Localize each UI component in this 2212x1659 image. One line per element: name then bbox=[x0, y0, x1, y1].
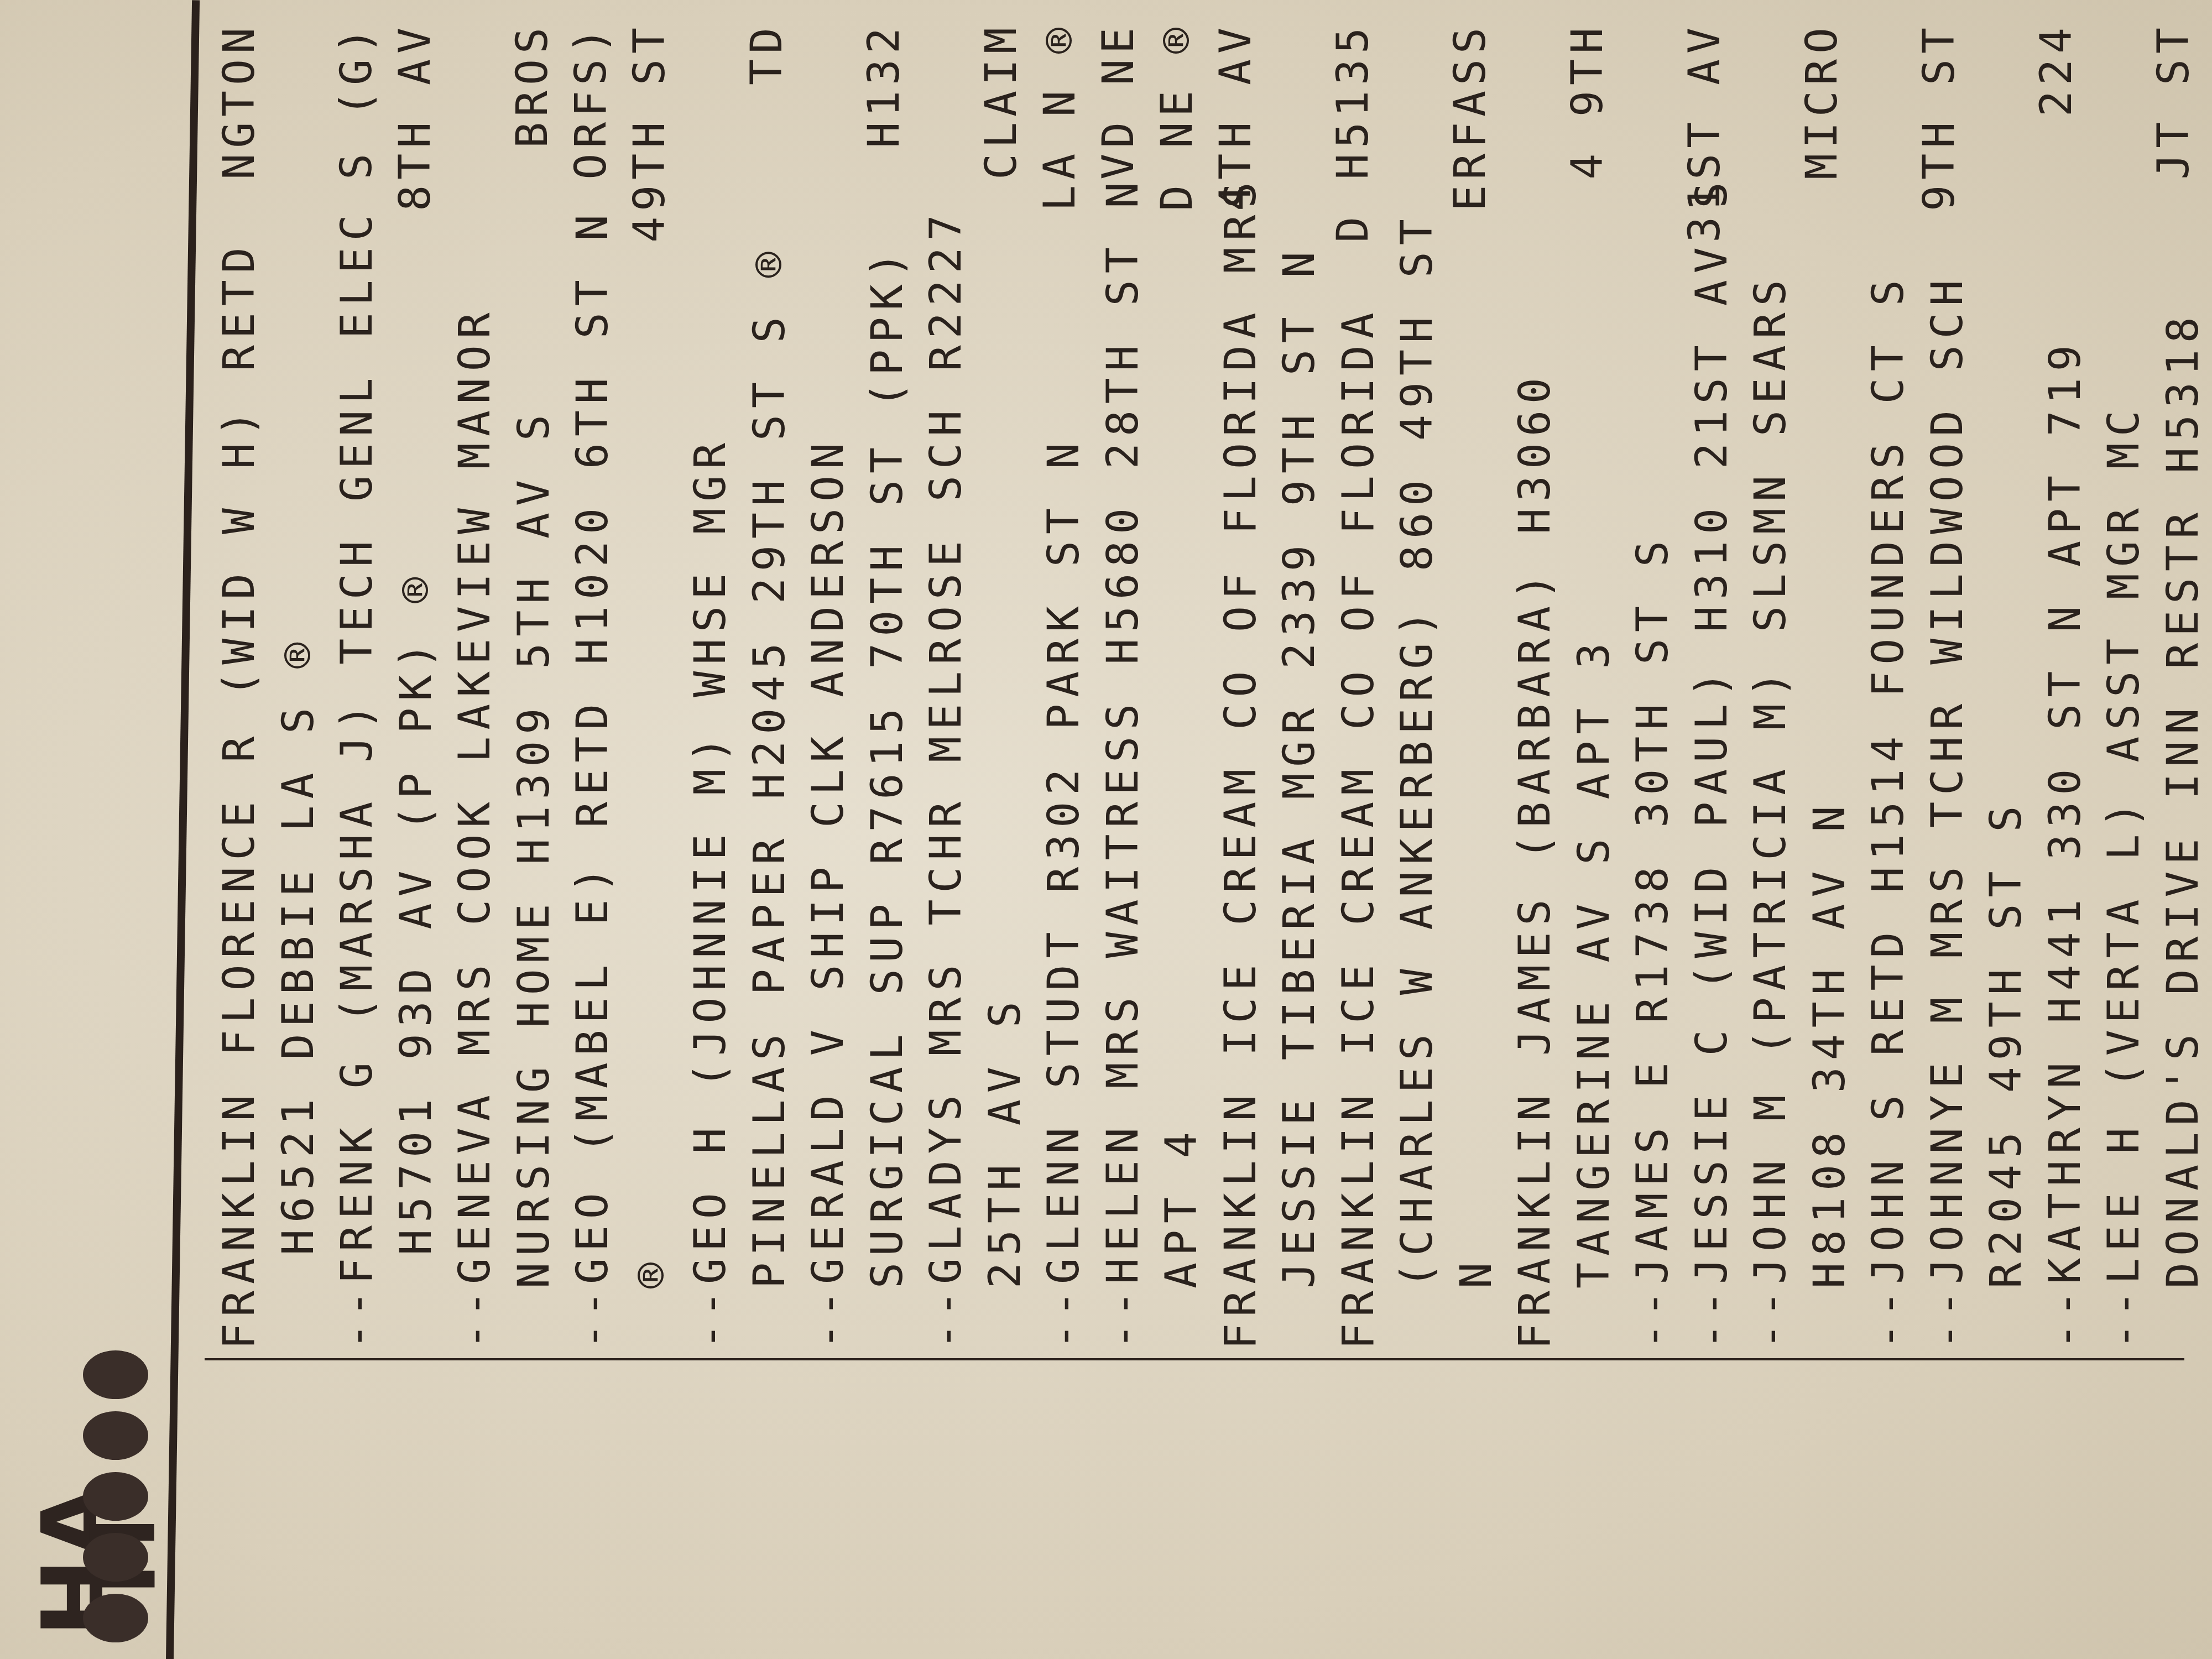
directory-entry: --GEO H (JOHNNIE M) WHSE MGR bbox=[681, 22, 740, 1349]
directory-entry: NURSING HOME H1309 5TH AV S bbox=[505, 22, 564, 1349]
directory-entry: --KATHRYN H441 330 ST N APT 719 bbox=[2036, 22, 2095, 1349]
directory-entry: --HELEN MRS WAITRESS H5680 28TH ST N bbox=[1094, 22, 1153, 1349]
directory-entry: --JOHNNYE M MRS TCHR WILDWOOD SCH bbox=[1918, 22, 1978, 1349]
directory-entry: R2045 49TH ST S bbox=[1977, 22, 2036, 1349]
directory-entry: SURGICAL SUP R7615 70TH ST (PPK) bbox=[858, 22, 917, 1349]
directory-entry: --GLADYS MRS TCHR MELROSE SCH R2227 bbox=[917, 22, 976, 1349]
directory-entry: H5701 93D AV (P PK) ® bbox=[387, 22, 446, 1349]
directory-entry: (CHARLES W ANKERBERG) 860 49TH ST bbox=[1388, 22, 1447, 1349]
directory-entry: JESSIE TIBERIA MGR 2339 9TH ST N bbox=[1270, 22, 1329, 1349]
advertisement-strip: HA TI Re bbox=[0, 0, 171, 1659]
directory-entry: FRANKLIN JAMES (BARBARA) H3060 bbox=[1506, 22, 1565, 1349]
directory-entry: FRANKLIN ICE CREAM CO OF FLORIDA MRS bbox=[1212, 22, 1271, 1349]
directory-entry: --GENEVA MRS COOK LAKEVIEW MANOR bbox=[446, 22, 505, 1349]
directory-entry: PINELLAS PAPER H2045 29TH ST S ® bbox=[740, 22, 800, 1349]
directory-entry: 25TH AV S bbox=[976, 22, 1035, 1349]
bullet-dot-icon bbox=[83, 1472, 148, 1521]
directory-entry: --JOHN M (PATRICIA M) SLSMN SEARS bbox=[1741, 22, 1801, 1349]
directory-entry: --LEE H (VERTA L) ASST MGR MC bbox=[2095, 22, 2154, 1349]
directory-entry: TANGERINE AV S APT 3 bbox=[1565, 22, 1624, 1349]
directory-page: HA TI Re NGTONS (G)8TH AVBROSORFS)49TH S… bbox=[0, 0, 2212, 1659]
directory-entry: H8108 34TH AV N bbox=[1801, 22, 1860, 1349]
bullet-dot-icon bbox=[83, 1533, 148, 1582]
directory-entry: --GEO (MABEL E) RETD H1020 6TH ST N bbox=[564, 22, 623, 1349]
directory-entry: APT 4 bbox=[1152, 22, 1212, 1349]
directory-entry: DONALD'S DRIVE INN RESTR H5318 bbox=[2154, 22, 2212, 1349]
directory-entry: N bbox=[1447, 22, 1506, 1349]
directory-entry: --JESSIE C (WID PAUL) H310 21ST AV S bbox=[1683, 22, 1742, 1349]
bullet-dot-icon bbox=[83, 1350, 148, 1399]
directory-entry: --GERALD V SHIP CLK ANDERSON bbox=[799, 22, 858, 1349]
bullet-dot-icon bbox=[83, 1594, 148, 1642]
directory-entry: FRANKLIN FLORENCE R (WID W H) RETD bbox=[210, 22, 269, 1349]
ad-bullet-dots bbox=[83, 1350, 148, 1642]
column-divider bbox=[205, 1358, 2184, 1360]
directory-entry: --JOHN S RETD H1514 FOUNDERS CT S bbox=[1859, 22, 1918, 1349]
directory-entry: ® bbox=[623, 22, 682, 1349]
directory-entry: FRANKLIN ICE CREAM CO OF FLORIDA bbox=[1329, 22, 1389, 1349]
bullet-dot-icon bbox=[83, 1411, 148, 1460]
directory-entry: --JAMES E R1738 30TH ST S bbox=[1624, 22, 1683, 1349]
directory-entry: --GLENN STUDT R302 PARK ST N bbox=[1035, 22, 1094, 1349]
directory-entry: --FRENK G (MARSHA J) TECH GENL ELEC bbox=[328, 22, 387, 1349]
directory-entry: H6521 DEBBIE LA S ® bbox=[269, 22, 328, 1349]
directory-listing: FRANKLIN FLORENCE R (WID W H) RETDH6521 … bbox=[210, 22, 2212, 1349]
